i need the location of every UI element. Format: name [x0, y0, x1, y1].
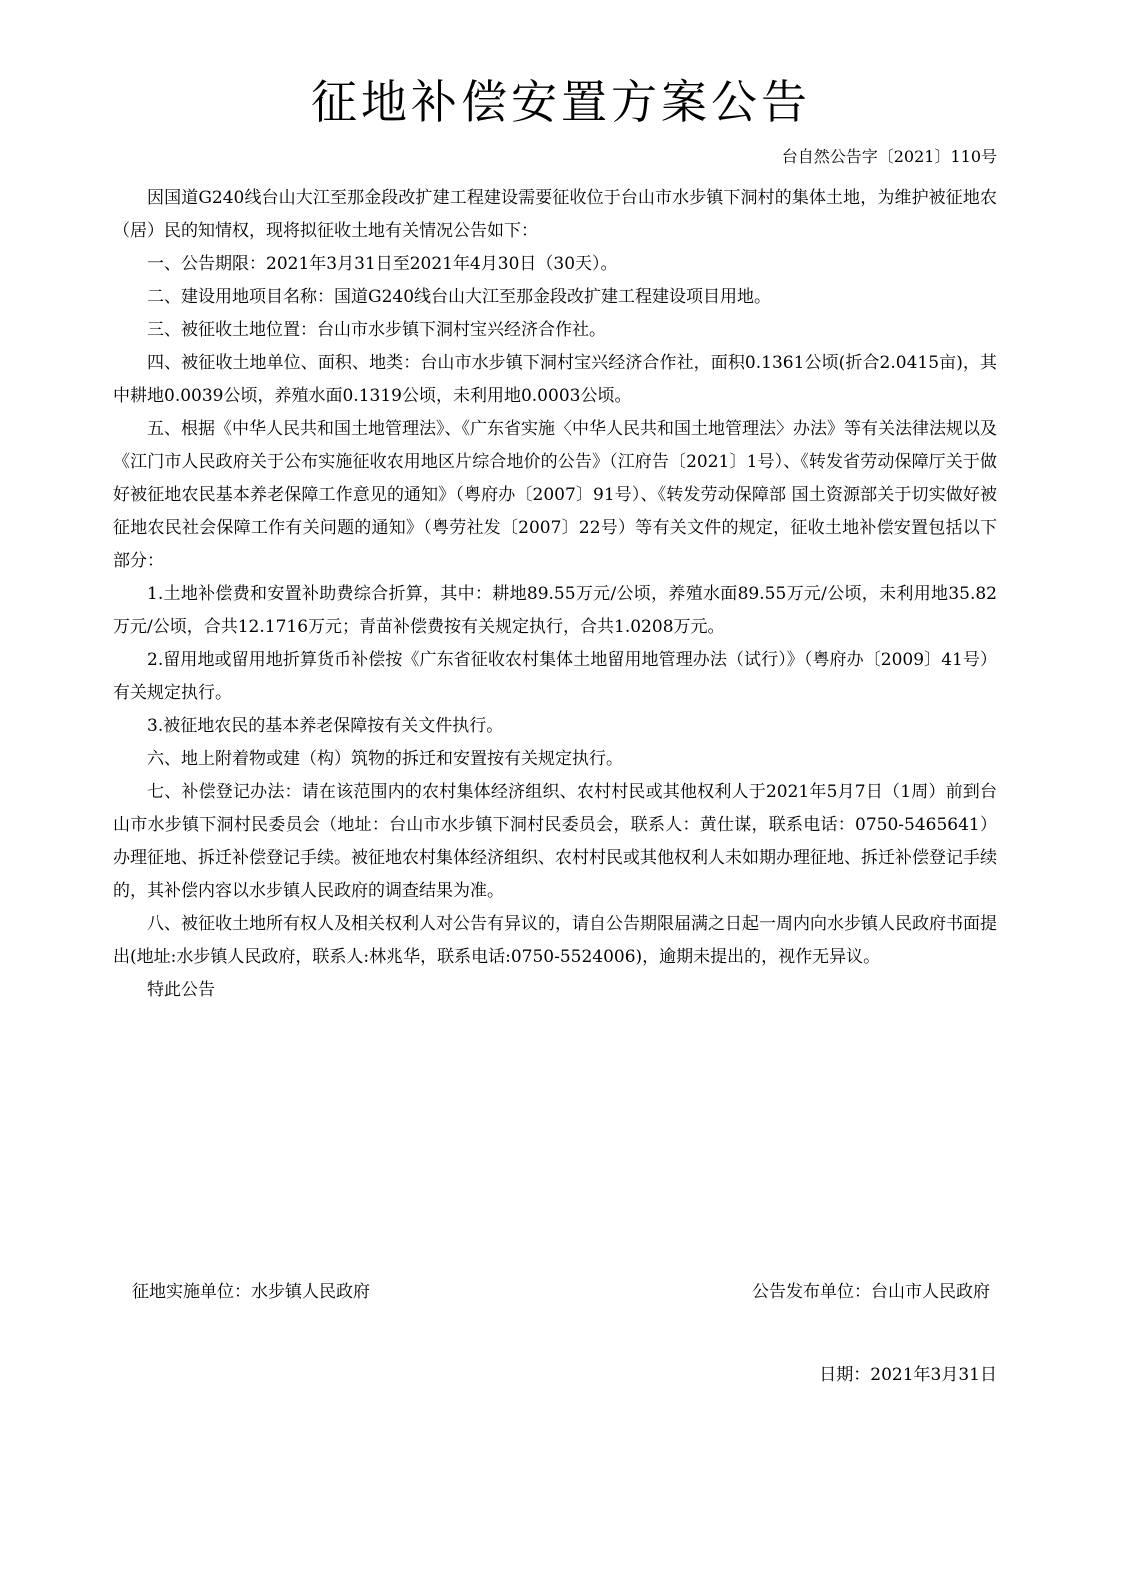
document-body: 因国道G240线台山大江至那金段改扩建工程建设需要征收位于台山市水步镇下洞村的集…: [113, 182, 997, 1007]
paragraph-project-name: 二、建设用地项目名称：国道G240线台山大江至那金段改扩建工程建设项目用地。: [113, 281, 997, 314]
paragraph-objection: 八、被征收土地所有权人及相关权利人对公告有异议的，请自公告期限届满之日起一周内向…: [113, 908, 997, 974]
document-title: 征地补偿安置方案公告: [0, 72, 1122, 132]
paragraph-compensation-3: 3.被征地农民的基本养老保障按有关文件执行。: [113, 710, 997, 743]
paragraph-compensation-2: 2.留用地或留用地折算货币补偿按《广东省征收农村集体土地留用地管理办法（试行）》…: [113, 644, 997, 710]
paragraph-compensation-1: 1.土地补偿费和安置补助费综合折算，其中：耕地89.55万元/公顷，养殖水面89…: [113, 578, 997, 644]
document-date: 日期：2021年3月31日: [819, 1363, 997, 1387]
paragraph-registration: 七、补偿登记办法：请在该范围内的农村集体经济组织、农村村民或其他权利人于2021…: [113, 776, 997, 908]
paragraph-legal-basis: 五、根据《中华人民共和国土地管理法》、《广东省实施〈中华人民共和国土地管理法〉办…: [113, 413, 997, 578]
document-number: 台自然公告字〔2021〕110号: [782, 146, 997, 168]
issuing-unit: 公告发布单位：台山市人民政府: [752, 1280, 990, 1304]
paragraph-closing: 特此公告: [113, 974, 997, 1007]
paragraph-land-area: 四、被征收土地单位、面积、地类：台山市水步镇下洞村宝兴经济合作社，面积0.136…: [113, 347, 997, 413]
implementing-unit: 征地实施单位：水步镇人民政府: [132, 1280, 370, 1304]
paragraph-announcement-period: 一、公告期限：2021年3月31日至2021年4月30日（30天）。: [113, 248, 997, 281]
document-page: 征地补偿安置方案公告 台自然公告字〔2021〕110号 因国道G240线台山大江…: [0, 0, 1122, 1587]
paragraph-attachments: 六、地上附着物或建（构）筑物的拆迁和安置按有关规定执行。: [113, 743, 997, 776]
paragraph-land-location: 三、被征收土地位置：台山市水步镇下洞村宝兴经济合作社。: [113, 314, 997, 347]
paragraph-intro: 因国道G240线台山大江至那金段改扩建工程建设需要征收位于台山市水步镇下洞村的集…: [113, 182, 997, 248]
